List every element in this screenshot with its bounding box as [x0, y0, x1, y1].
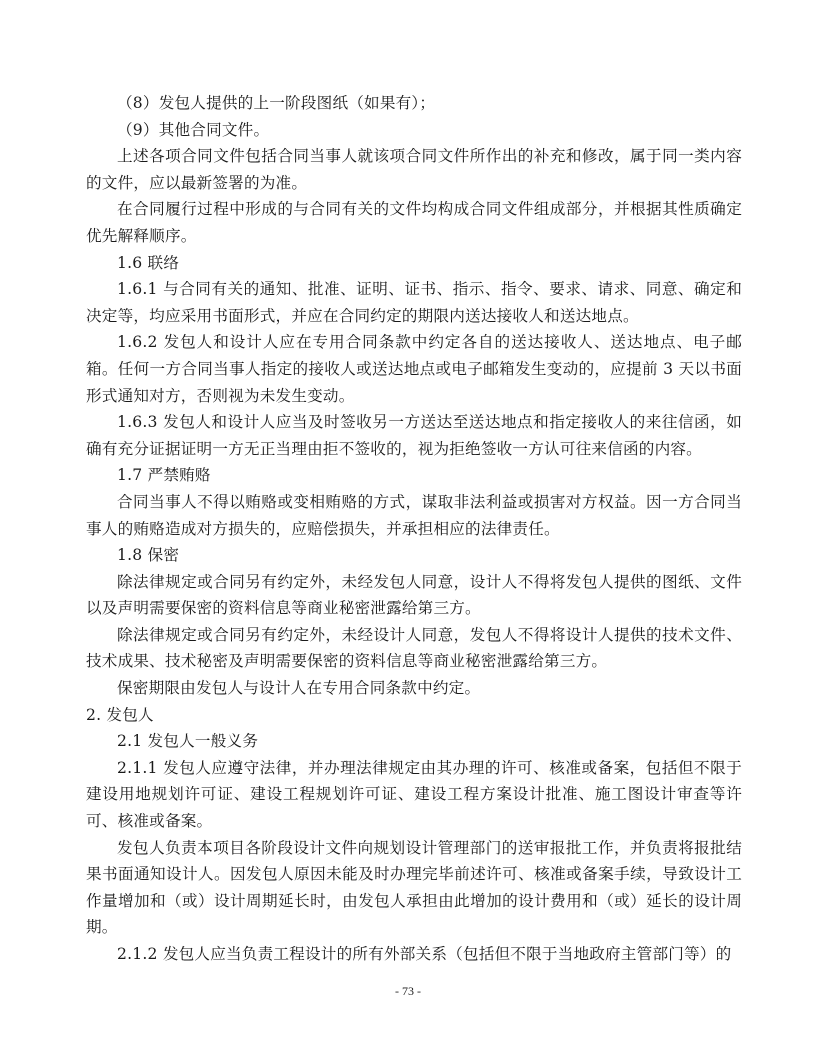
- page-number: - 73 -: [0, 984, 816, 999]
- clause-1-6-2: 1.6.2 发包人和设计人应在专用合同条款中约定各自的送达接收人、送达地点、电子…: [86, 329, 742, 409]
- clause-2-1-2: 2.1.2 发包人应当负责工程设计的所有外部关系（包括但不限于当地政府主管部门等…: [86, 941, 742, 968]
- clause-1-8-period: 保密期限由发包人与设计人在专用合同条款中约定。: [86, 675, 742, 702]
- paragraph-list-item-8: （8）发包人提供的上一阶段图纸（如果有）；: [86, 90, 742, 117]
- heading-2-employer: 2. 发包人: [86, 702, 742, 729]
- paragraph-interpretation-order: 在合同履行过程中形成的与合同有关的文件均构成合同文件组成部分，并根据其性质确定优…: [86, 196, 742, 249]
- clause-1-6-3: 1.6.3 发包人和设计人应当及时签收另一方送达至送达地点和指定接收人的来往信函…: [86, 409, 742, 462]
- heading-1-6-contact: 1.6 联络: [86, 250, 742, 277]
- clause-1-8-designer: 除法律规定或合同另有约定外，未经设计人同意，发包人不得将设计人提供的技术文件、技…: [86, 622, 742, 675]
- heading-1-8-confidentiality: 1.8 保密: [86, 542, 742, 569]
- clause-2-1-1-approval: 发包人负责本项目各阶段设计文件向规划设计管理部门的送审报批工作，并负责将报批结果…: [86, 835, 742, 941]
- heading-2-1-general-obligations: 2.1 发包人一般义务: [86, 728, 742, 755]
- clause-1-8-employer: 除法律规定或合同另有约定外，未经发包人同意，设计人不得将发包人提供的图纸、文件以…: [86, 569, 742, 622]
- paragraph-revision-precedence: 上述各项合同文件包括合同当事人就该项合同文件所作出的补充和修改，属于同一类内容的…: [86, 143, 742, 196]
- paragraph-list-item-9: （9）其他合同文件。: [86, 117, 742, 144]
- clause-1-6-1: 1.6.1 与合同有关的通知、批准、证明、证书、指示、指令、要求、请求、同意、确…: [86, 276, 742, 329]
- heading-1-7-anti-bribery: 1.7 严禁贿赂: [86, 462, 742, 489]
- clause-1-7-body: 合同当事人不得以贿赂或变相贿赂的方式，谋取非法利益或损害对方权益。因一方合同当事…: [86, 489, 742, 542]
- document-body: （8）发包人提供的上一阶段图纸（如果有）； （9）其他合同文件。 上述各项合同文…: [86, 90, 742, 968]
- clause-2-1-1: 2.1.1 发包人应遵守法律，并办理法律规定由其办理的许可、核准或备案，包括但不…: [86, 755, 742, 835]
